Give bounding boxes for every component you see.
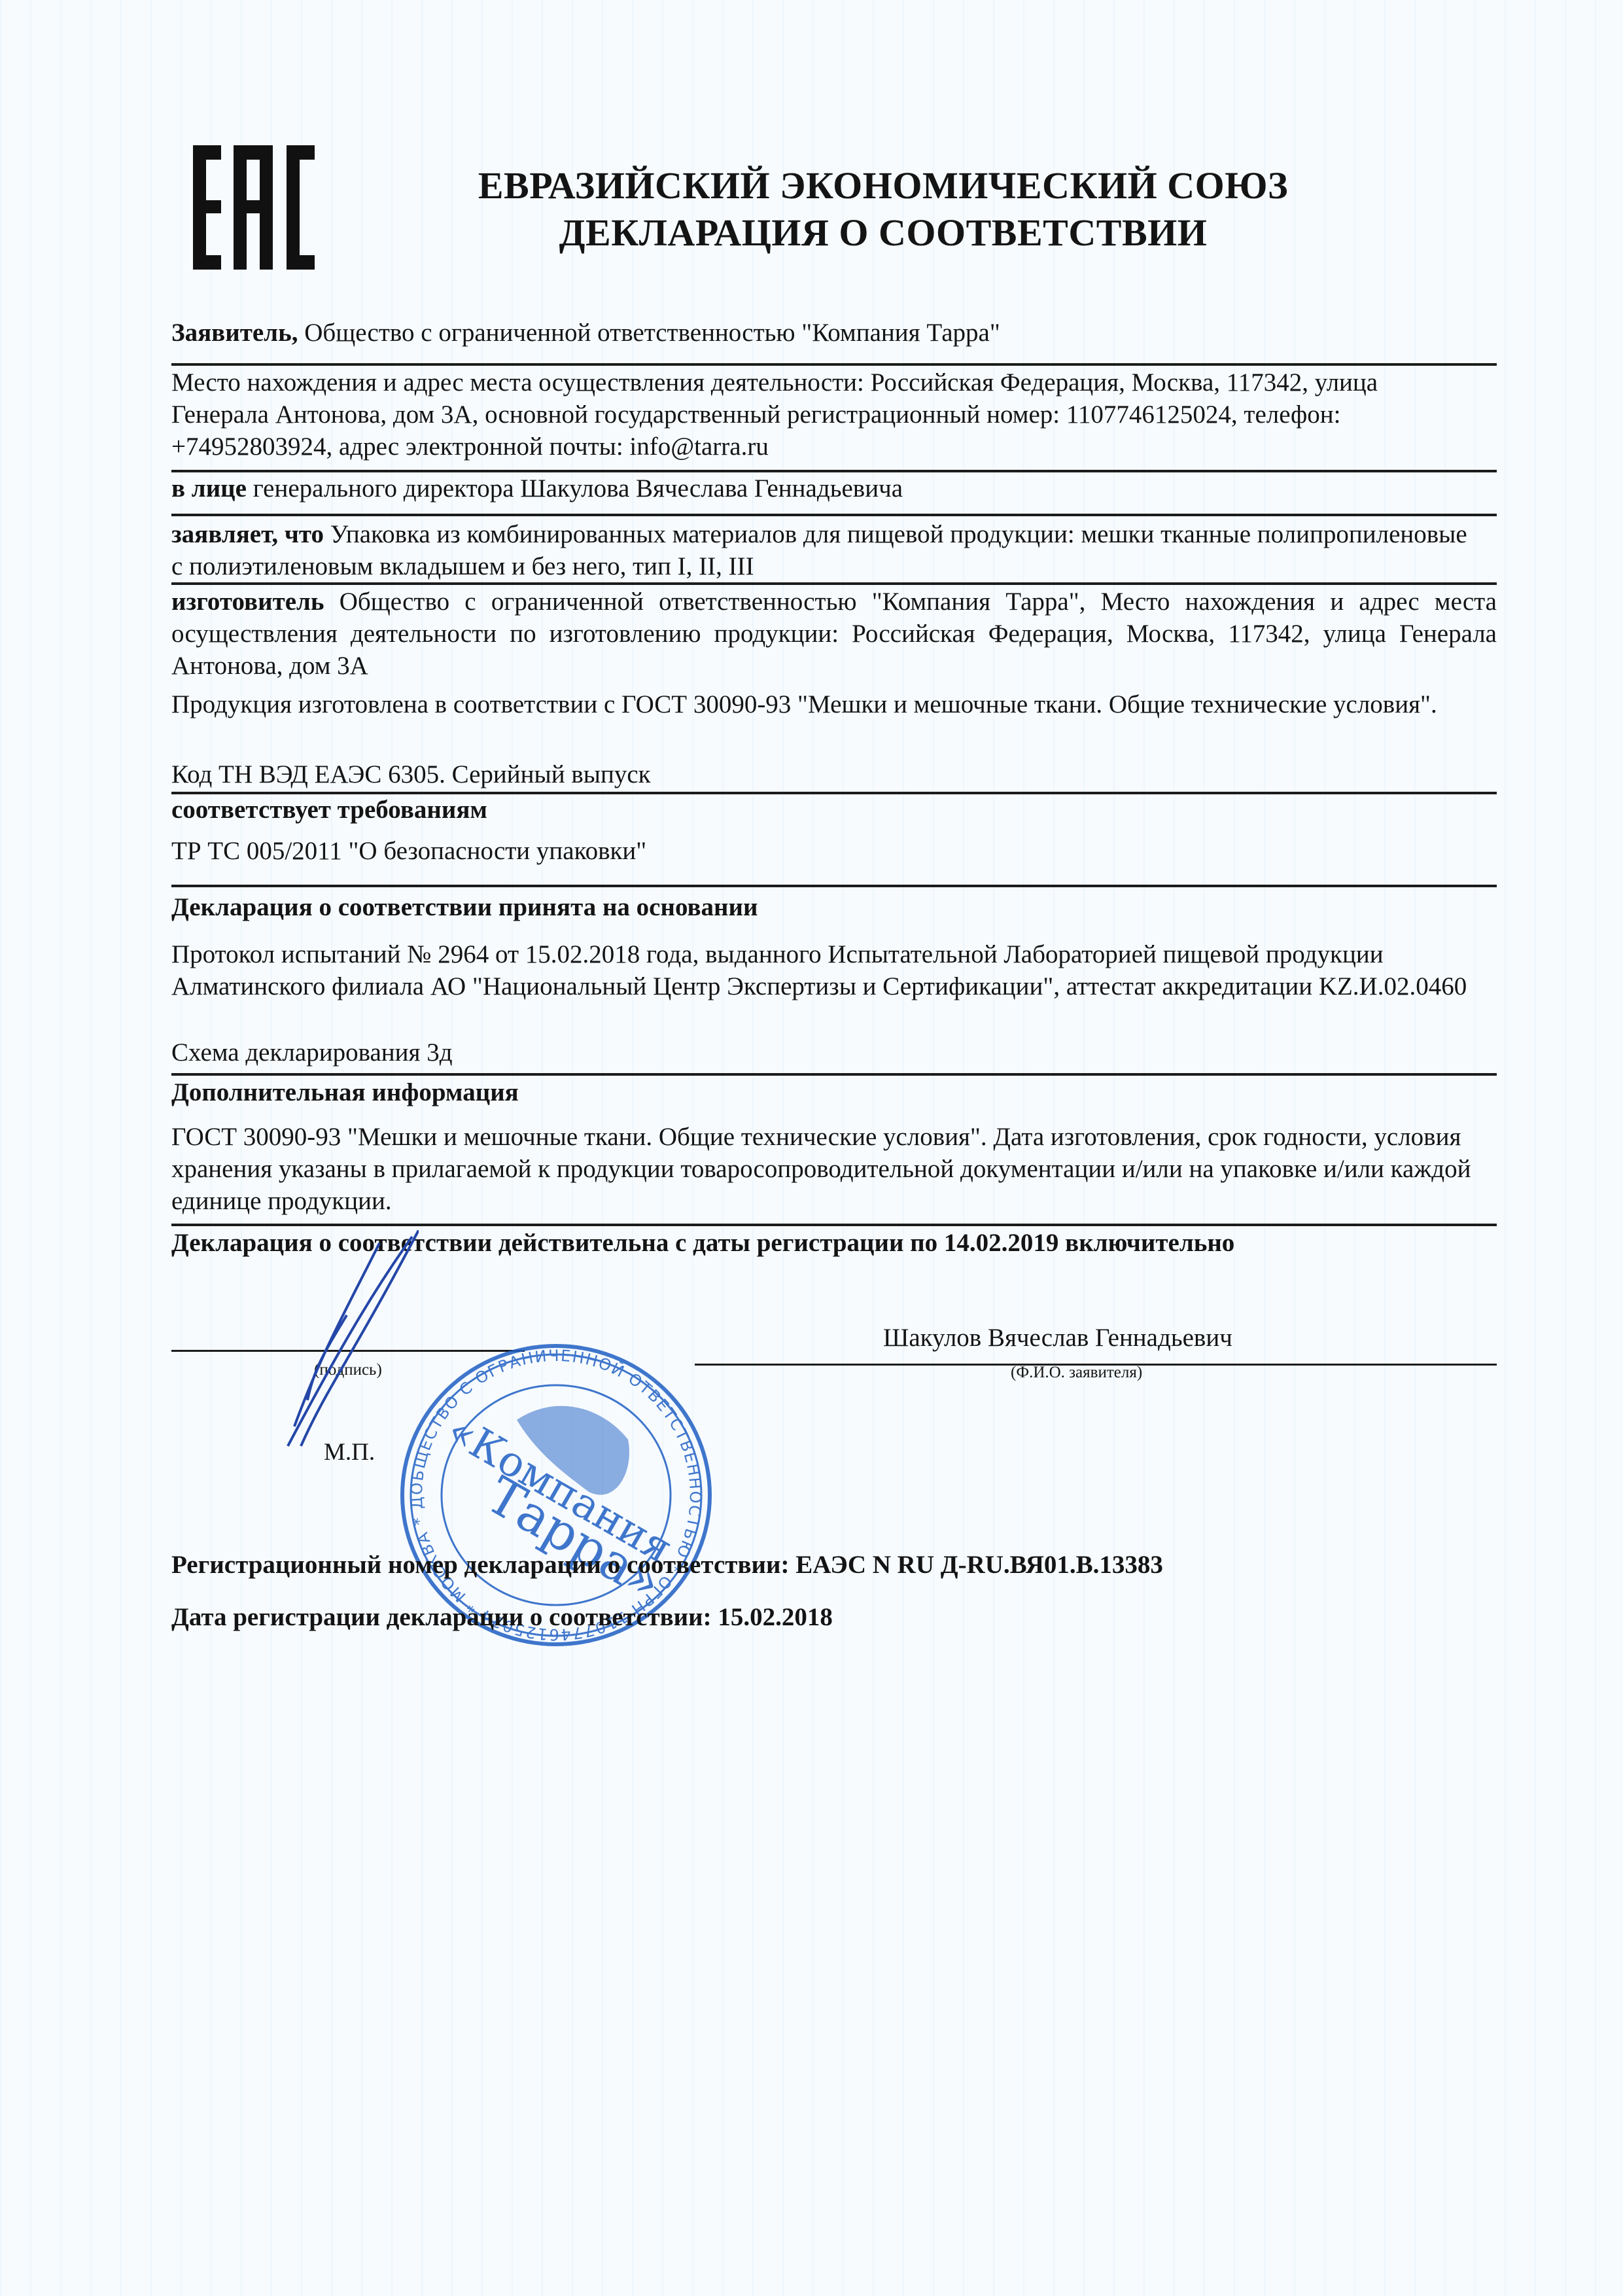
applicant-name: Шакулов Вячеслав Геннадьевич	[883, 1322, 1341, 1354]
eac-logo	[193, 145, 317, 270]
requirements-label: соответствует требованиям	[171, 794, 1497, 826]
registration-number-label: Регистрационный номер декларации о соотв…	[171, 1551, 789, 1579]
basis-value: Протокол испытаний № 2964 от 15.02.2018 …	[171, 938, 1486, 1002]
additional-label: Дополнительная информация	[171, 1076, 1497, 1108]
additional-value: ГОСТ 30090-93 "Мешки и мешочные ткани. О…	[171, 1121, 1486, 1217]
declares-label: заявляет, что	[171, 520, 324, 548]
tnved-code: Код ТН ВЭД ЕАЭС 6305. Серийный выпуск	[171, 758, 1497, 790]
divider	[171, 582, 1497, 585]
registration-date-label: Дата регистрации декларации о соответств…	[171, 1603, 712, 1631]
divider	[171, 885, 1497, 887]
manufacturer-label: изготовитель	[171, 588, 324, 616]
title-union: ЕВРАЗИЙСКИЙ ЭКОНОМИЧЕСКИЙ СОЮЗ	[393, 162, 1374, 209]
representative-row: в лице генерального директора Шакулова В…	[171, 472, 1497, 504]
title-declaration: ДЕКЛАРАЦИЯ О СООТВЕТСТВИИ	[393, 209, 1374, 256]
registration-number-row: Регистрационный номер декларации о соотв…	[171, 1549, 1497, 1581]
manufacturer-value: Общество с ограниченной ответственностью…	[171, 588, 1497, 680]
divider	[171, 363, 1497, 366]
declaration-scheme: Схема декларирования 3д	[171, 1036, 1497, 1069]
manufacturer-standard: Продукция изготовлена в соответствии с Г…	[171, 688, 1497, 720]
requirements-value: ТР ТС 005/2011 "О безопасности упаковки"	[171, 835, 1497, 867]
declares-value: Упаковка из комбинированных материалов д…	[171, 520, 1467, 580]
name-caption: (Ф.И.О. заявителя)	[1011, 1364, 1142, 1382]
applicant-row: Заявитель, Общество с ограниченной ответ…	[171, 317, 1497, 349]
applicant-value: Общество с ограниченной ответственностью…	[298, 319, 1000, 347]
page-title: ЕВРАЗИЙСКИЙ ЭКОНОМИЧЕСКИЙ СОЮЗ ДЕКЛАРАЦИ…	[393, 162, 1374, 256]
divider	[171, 1224, 1497, 1226]
registration-date-row: Дата регистрации декларации о соответств…	[171, 1601, 1497, 1633]
code-text: Код ТН ВЭД ЕАЭС 6305. Серийный выпуск	[171, 760, 651, 788]
basis-label: Декларация о соответствии принята на осн…	[171, 891, 1497, 923]
registration-date-value: 15.02.2018	[718, 1603, 833, 1631]
declares-row: заявляет, что Упаковка из комбинированны…	[171, 518, 1480, 582]
divider	[171, 1073, 1497, 1076]
eac-mark-icon	[193, 145, 317, 270]
manufacturer-row: изготовитель Общество с ограниченной отв…	[171, 586, 1497, 682]
address-text: Место нахождения и адрес места осуществл…	[171, 368, 1378, 461]
standard-text: Продукция изготовлена в соответствии с Г…	[171, 690, 1437, 718]
registration-number-value: ЕАЭС N RU Д-RU.ВЯ01.В.13383	[795, 1551, 1163, 1579]
address-row: Место нахождения и адрес места осуществл…	[171, 366, 1454, 463]
representative-value: генерального директора Шакулова Вячеслав…	[247, 474, 903, 503]
representative-label: в лице	[171, 474, 247, 503]
applicant-label: Заявитель,	[171, 319, 298, 347]
divider	[171, 514, 1497, 516]
